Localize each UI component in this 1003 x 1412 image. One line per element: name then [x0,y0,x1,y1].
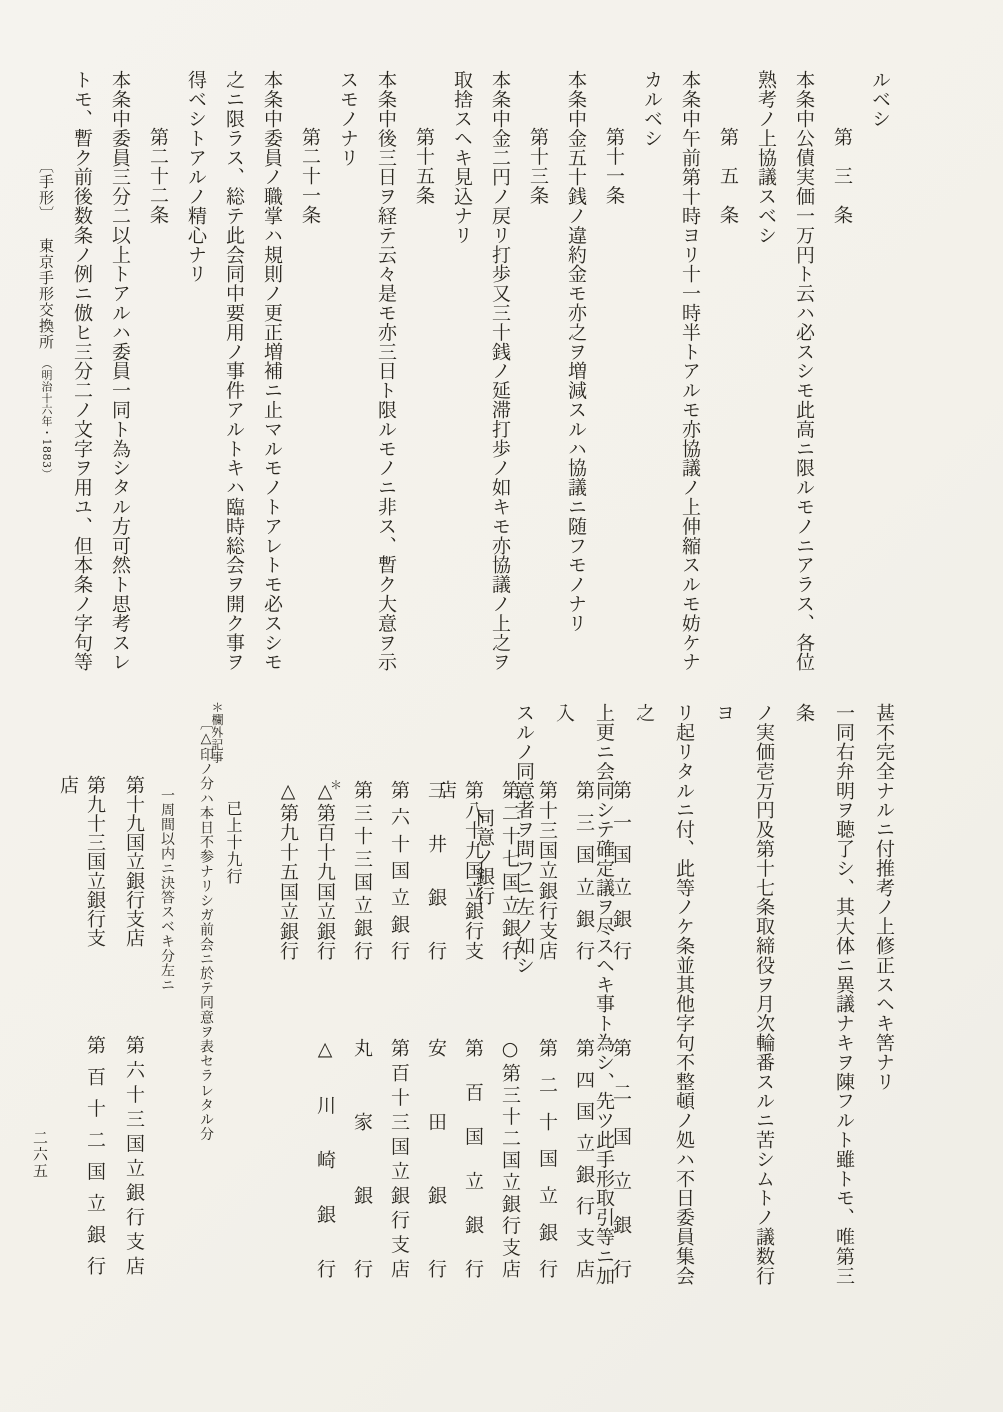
commentary-column: 本条中委員ノ職掌ハ規則ノ更正増補ニ止マルモノトアレトモ必スシモ [253,70,291,674]
bank-name: 第六十三国立銀行支店 [109,1035,148,1275]
commentary-column: カルベシ [633,70,671,674]
bank-name: △川崎銀行 [302,1038,339,1278]
pending-banks-grid: 第十九国立銀行支店 第六十三国立銀行支店 第九十三国立銀行支店 第百十二国立銀行 [70,775,148,1275]
bank-name [265,1038,302,1278]
bank-name: 第一国立銀行 [598,780,635,960]
bank-name: 第百十二国立銀行 [70,1035,109,1275]
margin-source-title: 東京手形交換所 [37,222,55,350]
bank-name: 第百国立銀行 [450,1038,487,1278]
article-heading: 第 三 条 [823,70,861,674]
marginal-note-line: 一周間以内ニ決答スベキ分左ニ [157,788,177,992]
proceedings-column: 甚不完全ナルニ付推考ノ上修正スヘキ筈ナリ [864,703,904,1299]
bank-name-marked: ＊第三十三国立銀行 [339,780,376,960]
bank-name: 第四国立銀行支店 [561,1038,598,1278]
commentary-column: 熟考ノ上協議スベシ [747,70,785,674]
bank-name: 第三国立銀行 [561,780,598,960]
bank-name: 第百十三国立銀行支店 [376,1038,413,1278]
page-number: 二六五 [30,1130,51,1180]
bank-name: 第三十三国立銀行 [351,780,373,960]
bank-name: △第九十五国立銀行 [265,780,302,960]
margin-source-label: 〔手形〕東京手形交換所（明治十六年・1883） [36,158,57,480]
bank-name: 第十九国立銀行支店 [109,775,148,947]
marginal-note-line: 〔△印ノ分ハ本日不参ナリシガ前会ニ於テ同意ヲ表セラレタル分 [196,716,216,1141]
commentary-column: スモノナリ [329,70,367,674]
commentary-column: ルベシ [861,70,899,674]
commentary-column: 本条中金二円ノ戻リ打歩又三十銭ノ延滞打歩ノ如キモ亦協議ノ上之ヲ [481,70,519,674]
bank-name: 安田銀行 [413,1038,450,1278]
agreed-banks-grid: 第一国立銀行 第二国立銀行 第三国立銀行 第四国立銀行支店 第十三国立銀行支店 … [265,780,635,1278]
commentary-column: 本条中後三日ヲ経テ云々是モ亦三日ト限ルモノニ非ス、暫ク大意ヲ示 [367,70,405,674]
article-heading: 第 五 条 [709,70,747,674]
article-heading: 第二十二条 [139,70,177,674]
bank-name: 第二十国立銀行 [524,1038,561,1278]
commentary-column: 之ニ限ラス、総テ此会同中要用ノ事件アルトキハ臨時総会ヲ開ク事ヲ [215,70,253,674]
bank-name: 第二十七国立銀行 [487,780,524,960]
bank-name: 三井銀行 [413,780,450,960]
bank-name: 第八十九国立銀行支店 [450,780,487,960]
proceedings-column: ノ実価壱万円及第十七条取締役ヲ月次輪番スルニ苦シムトノ議数行ヨ [704,703,784,1299]
commentary-section: ルベシ 第 三 条 本条中公債実価一万円ト云ハ必スシモ此高ニ限ルモノニアラス、各… [63,70,899,674]
document-page: ルベシ 第 三 条 本条中公債実価一万円ト云ハ必スシモ此高ニ限ルモノニアラス、各… [0,0,1003,1412]
bank-name: 第二国立銀行 [598,1038,635,1278]
commentary-column: 得ベシトアルノ精心ナリ [177,70,215,674]
article-heading: 第十三条 [519,70,557,674]
commentary-column: 本条中委員三分二以上トアルハ委員一同ト為シタル方可然ト思考スレ [101,70,139,674]
bank-name: 第九十三国立銀行支店 [70,775,109,947]
article-heading: 第二十一条 [291,70,329,674]
commentary-column: 本条中午前第十時ヨリ十一時半トアルモ亦協議ノ上伸縮スルモ妨ケナ [671,70,709,674]
proceedings-column: リ起リタルニ付、此等ノケ条並其他字句不整頓ノ処ハ不日委員集会之 [624,703,704,1299]
commentary-column: 本条中公債実価一万円ト云ハ必スシモ此高ニ限ルモノニアラス、各位 [785,70,823,674]
commentary-column: 取捨スヘキ見込ナリ [443,70,481,674]
margin-source-edition: （明治十六年・1883） [40,350,53,480]
margin-category: 〔手形〕 [37,158,55,222]
banks-total-note: 已上十九行 [222,800,245,885]
commentary-column: 本条中金五十銭ノ違約金モ亦之ヲ増減スルハ協議ニ随フモノナリ [557,70,595,674]
proceedings-column: 一同右弁明ヲ聴了シ、其大体ニ異議ナキヲ陳フルト雖トモ、唯第三条 [784,703,864,1299]
bank-name: 第十三国立銀行支店 [524,780,561,960]
bank-name: 丸家銀行 [339,1038,376,1278]
article-heading: 第十五条 [405,70,443,674]
commentary-column: トモ、暫ク前後数条ノ例ニ倣ヒ三分二ノ文字ヲ用ユ、但本条ノ字句等 [63,70,101,674]
article-heading: 第十一条 [595,70,633,674]
bank-name: △第百十九国立銀行 [302,780,339,960]
bank-name: ○第三十二国立銀行支店 [487,1038,524,1278]
bank-name: 第六十国立銀行 [376,780,413,960]
